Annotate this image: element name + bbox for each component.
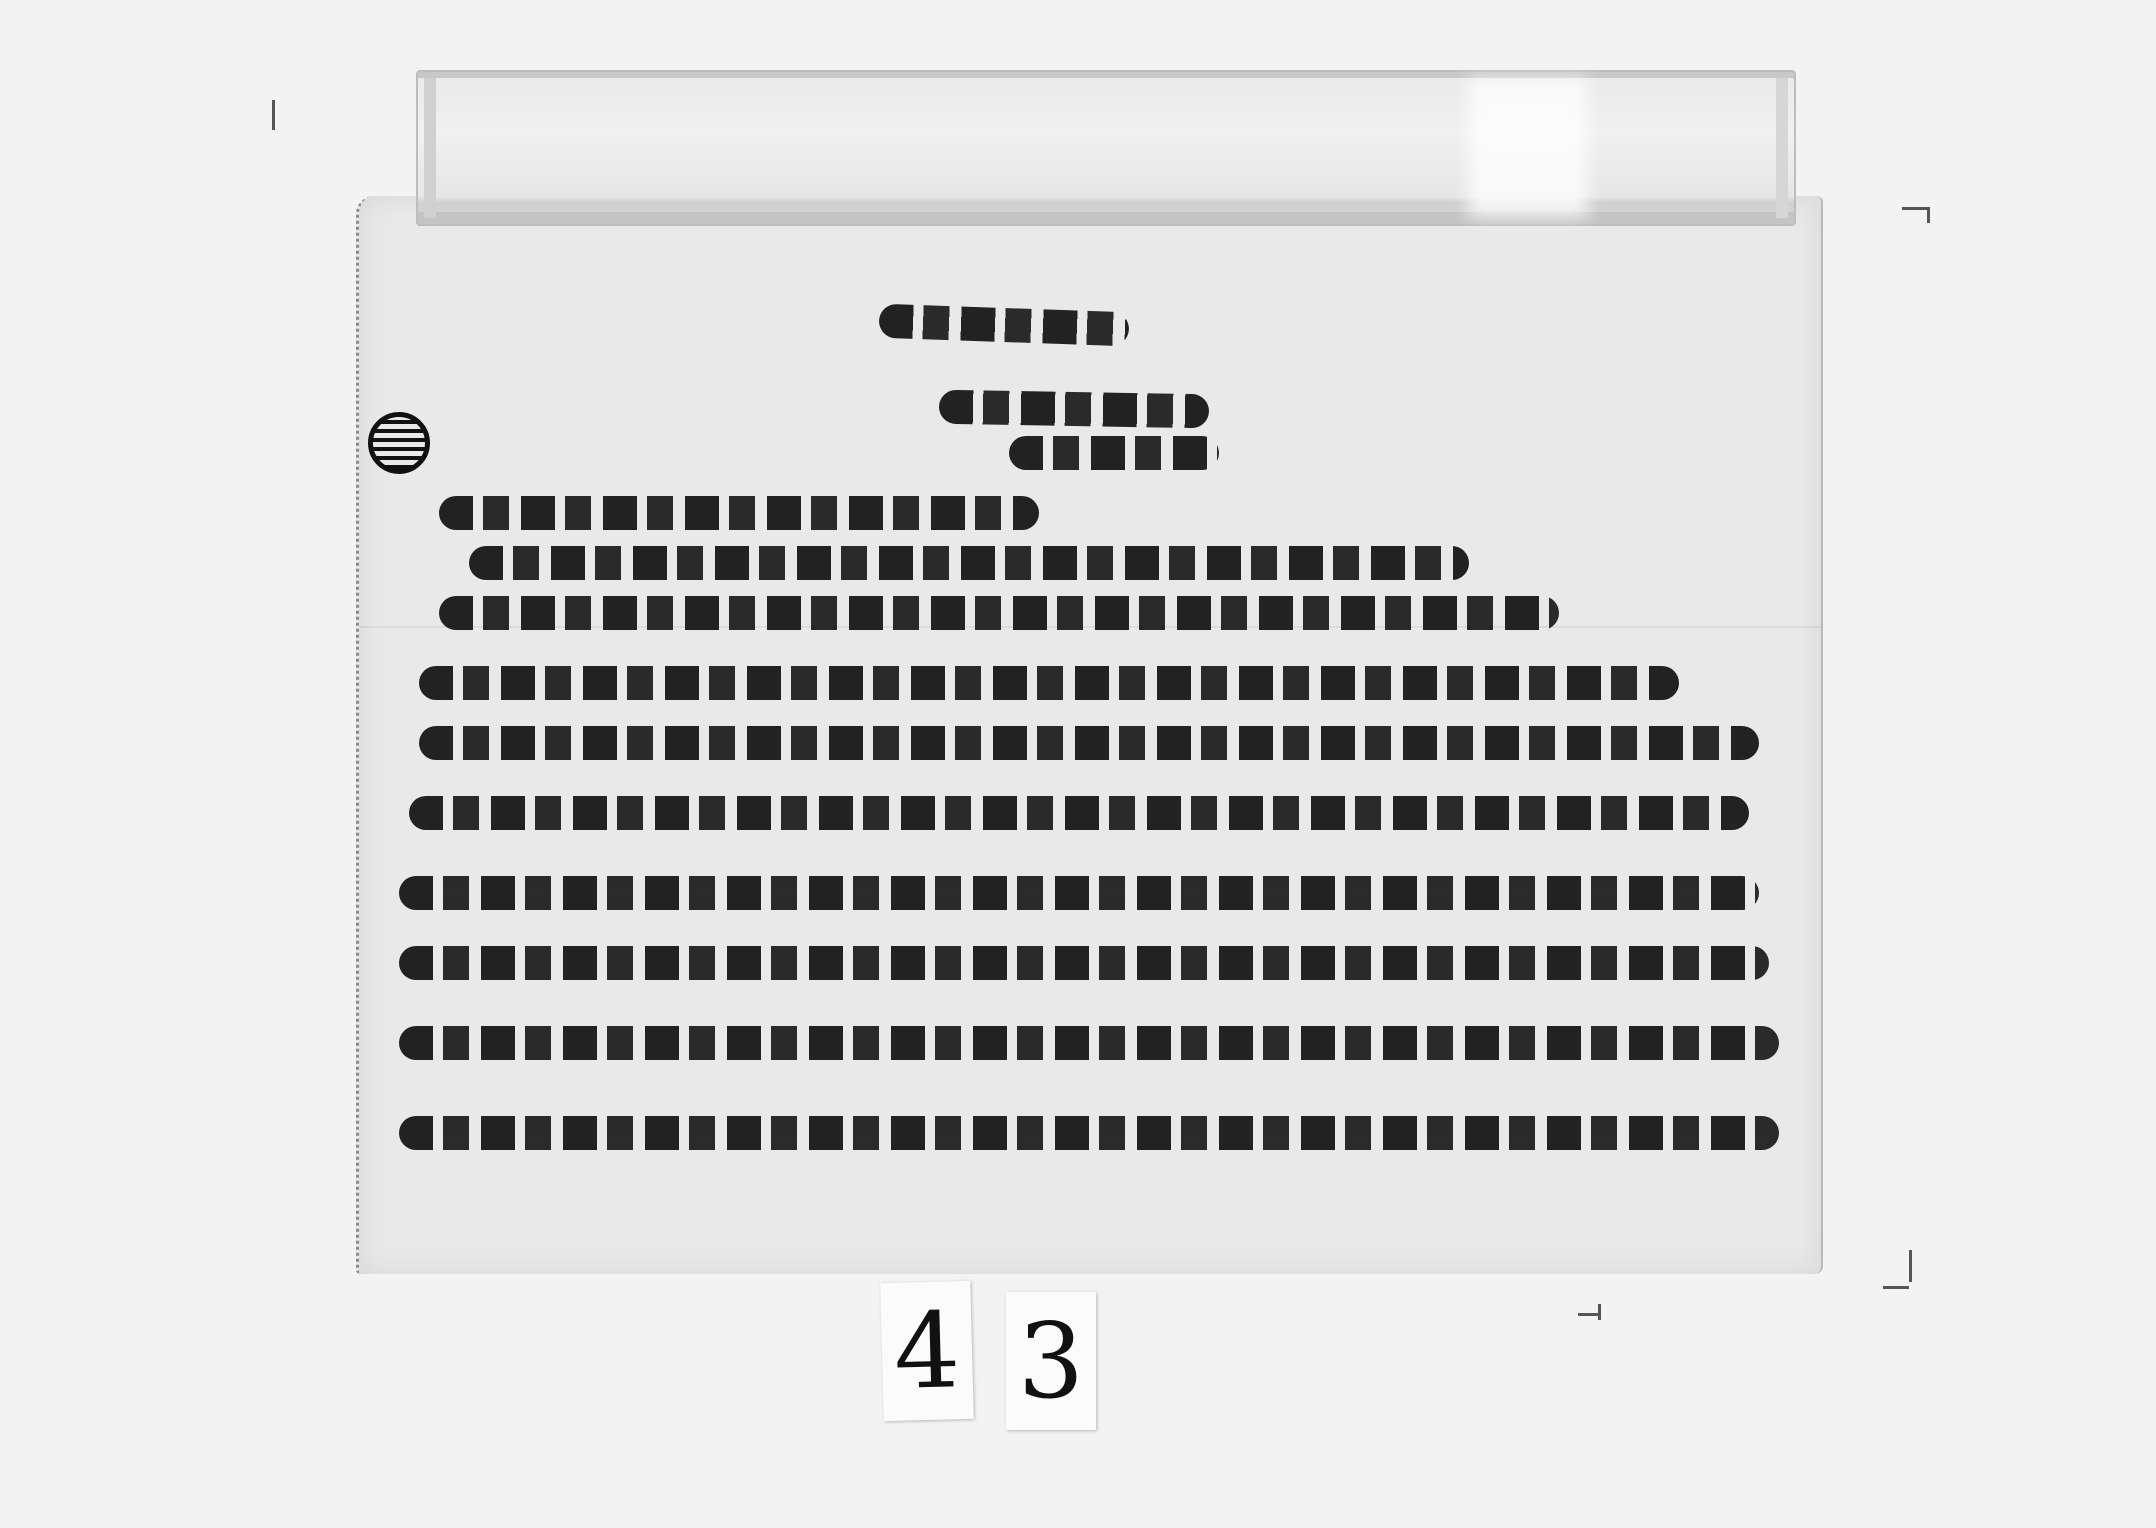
calligraphy-column [399,946,1769,980]
calligraphy-column [939,390,1210,429]
page-number-card: 3 [1006,1292,1096,1430]
document-paper [356,196,1823,1274]
calligraphy-column [419,726,1759,760]
registration-mark-bottom-center [1578,1313,1598,1316]
registration-mark-bottom-right-h [1883,1286,1909,1289]
page-number-digit: 4 [892,1289,961,1413]
registration-mark-bottom-center-v [1598,1304,1601,1320]
calligraphy-column [878,304,1129,347]
glass-weight-bar [416,70,1796,226]
calligraphy-column [469,546,1469,580]
registration-mark-top-right [1902,207,1928,210]
calligraphy-column [439,496,1039,530]
registration-mark-top-right-v [1927,207,1930,223]
glass-end-left [424,78,436,218]
calligraphy-column [399,876,1759,910]
glass-end-right [1776,78,1788,218]
calligraphy-column [439,596,1559,630]
calligraphy-column [399,1116,1779,1150]
calligraphy-column [419,666,1679,700]
calligraphy-column [399,1026,1779,1060]
registration-mark-top-left [272,100,275,130]
calligraphy-column [409,796,1749,830]
page-number-card: 4 [880,1281,974,1421]
registration-mark-bottom-right [1909,1250,1912,1282]
calligraphy-column [1009,436,1219,470]
round-seal-stamp [368,412,430,474]
page-number-digit: 3 [1018,1300,1084,1422]
glass-reflection [1468,78,1588,218]
